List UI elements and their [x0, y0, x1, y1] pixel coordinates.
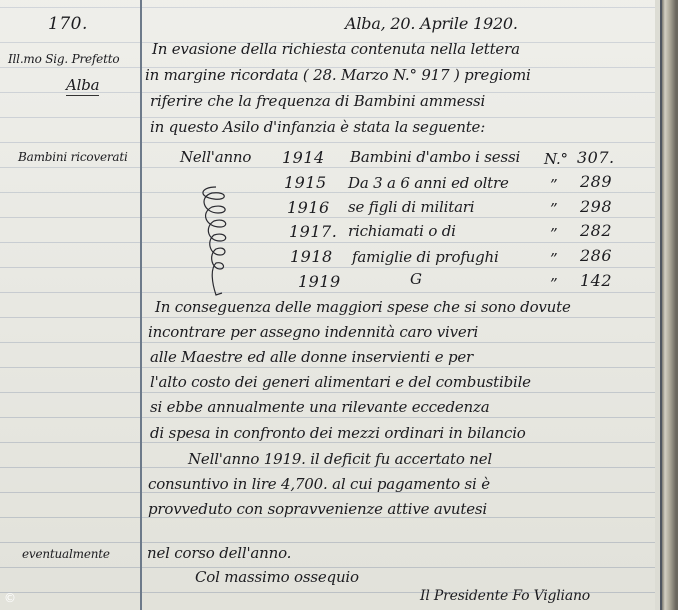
row-description: se figli di militari — [348, 198, 474, 216]
body-line: si ebbe annualmente una rilevante eccede… — [150, 398, 489, 416]
row-year: 1916 — [287, 198, 330, 217]
row-marker: ” — [550, 225, 557, 243]
copyright-mark: © — [4, 591, 16, 605]
row-count: 286 — [580, 246, 612, 265]
row-description: Da 3 a 6 anni ed oltre — [348, 174, 509, 192]
row-description: famiglie di profughi — [352, 248, 499, 266]
row-year: 1917. — [289, 222, 337, 241]
body-line: alle Maestre ed alle donne inservienti e… — [150, 348, 473, 366]
letter-number: 170. — [48, 14, 88, 34]
recipient-city: Alba — [66, 76, 99, 96]
row-marker: ” — [550, 275, 557, 293]
row-count: 298 — [580, 197, 612, 216]
ditto-mark: G — [410, 270, 422, 288]
row-marker: ” — [550, 200, 557, 218]
row-count: 142 — [580, 271, 612, 290]
row-year: 1914 — [282, 148, 325, 167]
body-line: di spesa in confronto dei mezzi ordinari… — [150, 424, 526, 442]
body-line: Nell'anno 1919. il deficit fu accertato … — [188, 450, 492, 468]
loop-brace-icon — [198, 183, 232, 301]
row-description: Bambini d'ambo i sessi — [350, 148, 520, 166]
body-line: consuntivo in lire 4,700. al cui pagamen… — [148, 475, 490, 493]
row-count: 307. — [577, 148, 615, 167]
margin-note-2: eventualmente — [22, 547, 110, 561]
body-line: in margine ricordata ( 28. Marzo N.° 917… — [145, 66, 531, 84]
margin-note: Bambini ricoverati — [18, 150, 128, 164]
book-binding-edge — [662, 0, 678, 610]
body-line: In conseguenza delle maggiori spese che … — [155, 298, 571, 316]
place-date: Alba, 20. Aprile 1920. — [345, 14, 518, 33]
recipient-title: Ill.mo Sig. Prefetto — [8, 52, 119, 66]
body-line: incontrare per assegno indennità caro vi… — [148, 323, 478, 341]
body-line: In evasione della richiesta contenuta ne… — [152, 40, 520, 58]
row-count: 282 — [580, 221, 612, 240]
row-marker: ” — [550, 176, 557, 194]
body-line: provveduto con sopravvenienze attive avu… — [148, 500, 487, 518]
row-year: 1918 — [290, 247, 333, 266]
body-line: l'alto costo dei generi alimentari e del… — [150, 373, 531, 391]
body-line: in questo Asilo d'infanzia è stata la se… — [150, 118, 485, 136]
row-count: 289 — [580, 172, 612, 191]
table-intro: Nell'anno — [180, 148, 251, 166]
signature: Il Presidente Fo Vigliano — [420, 588, 590, 604]
body-line: riferire che la frequenza di Bambini amm… — [150, 92, 485, 110]
row-description: richiamati o di — [348, 222, 456, 240]
margin-rule — [140, 0, 142, 610]
row-marker: N.° — [544, 150, 568, 168]
ledger-page: 170. Ill.mo Sig. Prefetto Alba Alba, 20.… — [0, 0, 655, 610]
row-year: 1915 — [284, 173, 327, 192]
body-line: nel corso dell'anno. — [147, 544, 291, 562]
closing-salutation: Col massimo ossequio — [195, 568, 359, 586]
row-year: 1919 — [298, 272, 341, 291]
row-marker: ” — [550, 250, 557, 268]
